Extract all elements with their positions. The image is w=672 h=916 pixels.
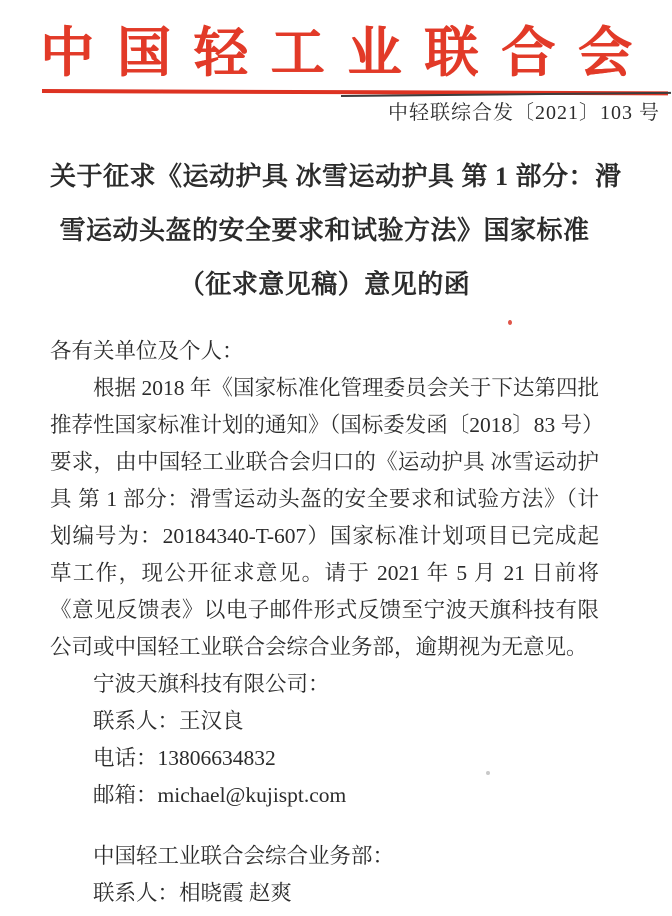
- body-paragraph: 根据 2018 年《国家标准化管理委员会关于下达第四批 推荐性国家标准计划的通知…: [50, 370, 599, 666]
- salutation: 各有关单位及个人：: [50, 333, 599, 370]
- red-scan-speck: [508, 320, 512, 325]
- org-name-char: 国: [117, 24, 171, 82]
- doc-number: 中轻联综合发〔2021〕103 号: [388, 96, 660, 125]
- contact-line-phone: 电话：13806634832: [50, 740, 599, 777]
- title-line-1: 关于征求《运动护具 冰雪运动护具 第 1 部分：滑: [50, 150, 599, 204]
- contact-block-ningbo: 宁波天旗科技有限公司： 联系人：王汉良 电话：13806634832 邮箱：mi…: [50, 666, 599, 814]
- document-title: 关于征求《运动护具 冰雪运动护具 第 1 部分：滑 雪运动头盔的安全要求和试验方…: [50, 150, 599, 312]
- org-name-char: 会: [578, 24, 632, 82]
- contact-line-department: 中国轻工业联合会综合业务部：: [50, 838, 599, 875]
- paragraph-line: 要求，由中国轻工业联合会归口的《运动护具 冰雪运动护: [50, 444, 599, 481]
- title-line-3: （征求意见稿）意见的函: [50, 258, 599, 312]
- org-name-char: 联: [424, 24, 478, 82]
- paragraph-line: 具 第 1 部分：滑雪运动头盔的安全要求和试验方法》（计: [50, 481, 599, 518]
- contact-line-email: 邮箱：michael@kujispt.com: [50, 777, 599, 814]
- contact-line-person: 联系人：王汉良: [50, 703, 599, 740]
- org-name-char: 中: [40, 24, 94, 82]
- paragraph-line: 推荐性国家标准计划的通知》（国标委发函〔2018〕83 号）: [50, 407, 599, 444]
- title-line-2: 雪运动头盔的安全要求和试验方法》国家标准: [50, 204, 599, 258]
- org-name-char: 轻: [194, 24, 248, 82]
- paragraph-line: 根据 2018 年《国家标准化管理委员会关于下达第四批: [50, 370, 599, 407]
- org-name-char: 业: [347, 24, 401, 82]
- gray-scan-speck: [486, 771, 490, 775]
- contact-line-persons: 联系人：相晓霞 赵爽: [50, 875, 599, 912]
- paragraph-line: 草工作，现公开征求意见。请于 2021 年 5 月 21 日前将: [50, 555, 599, 592]
- document-page: 中 国 轻 工 业 联 合 会 中轻联综合发〔2021〕103 号 关于征求《运…: [0, 0, 672, 916]
- paragraph-line: 公司或中国轻工业联合会综合业务部，逾期视为无意见。: [50, 629, 599, 666]
- paragraph-line: 划编号为：20184340-T-607）国家标准计划项目已完成起: [50, 518, 599, 555]
- org-name-char: 合: [501, 24, 555, 82]
- paragraph-line: 《意见反馈表》以电子邮件形式反馈至宁波天旗科技有限: [50, 592, 599, 629]
- org-name-char: 工: [271, 24, 325, 82]
- letterhead-org-name: 中 国 轻 工 业 联 合 会: [40, 24, 632, 82]
- contact-line-company: 宁波天旗科技有限公司：: [50, 666, 599, 703]
- contact-block-cnlic: 中国轻工业联合会综合业务部： 联系人：相晓霞 赵爽: [50, 838, 599, 912]
- letter-body: 各有关单位及个人： 根据 2018 年《国家标准化管理委员会关于下达第四批 推荐…: [50, 333, 599, 912]
